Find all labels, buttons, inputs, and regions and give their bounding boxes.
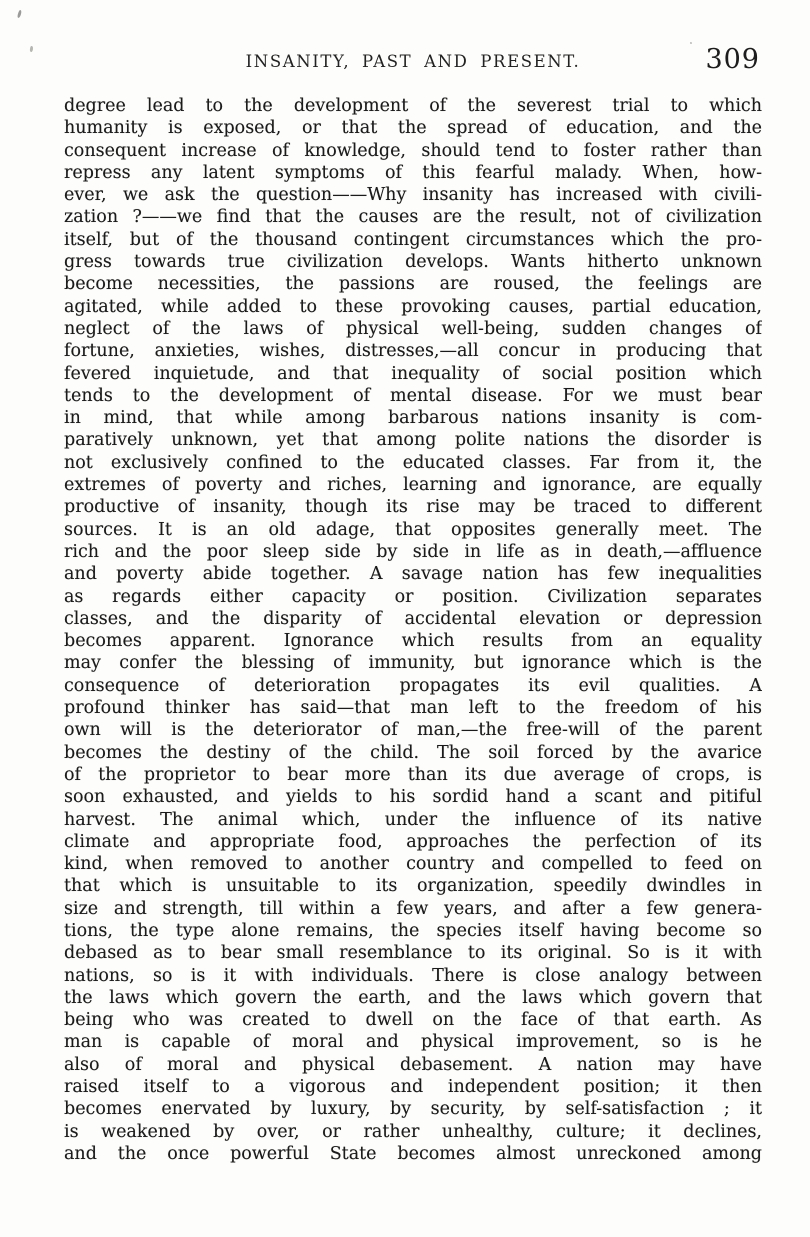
text-line: raised itself to a vigorous and independ… (64, 1076, 762, 1098)
page-number: 309 (705, 44, 760, 75)
text-line: degree lead to the development of the se… (64, 95, 762, 117)
text-line: becomes apparent. Ignorance which result… (64, 630, 762, 652)
text-line: also of moral and physical debasement. A… (64, 1054, 762, 1076)
text-line: zation ?——we find that the causes are th… (64, 206, 762, 228)
text-line: that which is unsuitable to its organiza… (64, 875, 762, 897)
text-line: fortune, anxieties, wishes, distresses,—… (64, 340, 762, 362)
text-line: productive of insanity, though its rise … (64, 496, 762, 518)
text-line: in mind, that while among barbarous nati… (64, 407, 762, 429)
page-header: INSANITY, PAST AND PRESENT. 309 (0, 44, 810, 74)
text-line: being who was created to dwell on the fa… (64, 1009, 762, 1031)
text-line: becomes the destiny of the child. The so… (64, 742, 762, 764)
text-line: paratively unknown, yet that among polit… (64, 429, 762, 451)
text-line: as regards either capacity or position. … (64, 586, 762, 608)
text-line: neglect of the laws of physical well-bei… (64, 318, 762, 340)
text-line: classes, and the disparity of accidental… (64, 608, 762, 630)
text-line: sources. It is an old adage, that opposi… (64, 519, 762, 541)
text-line: fevered inquietude, and that inequality … (64, 363, 762, 385)
text-line: soon exhausted, and yields to his sordid… (64, 786, 762, 808)
text-line: tions, the type alone remains, the speci… (64, 920, 762, 942)
text-line: consequent increase of knowledge, should… (64, 140, 762, 162)
text-line: is weakened by over, or rather unhealthy… (64, 1121, 762, 1143)
text-line: climate and appropriate food, approaches… (64, 831, 762, 853)
text-line: itself, but of the thousand contingent c… (64, 229, 762, 251)
book-page: INSANITY, PAST AND PRESENT. 309 degree l… (0, 0, 810, 1237)
text-line: and the once powerful State becomes almo… (64, 1143, 762, 1165)
text-line: profound thinker has said—that man left … (64, 697, 762, 719)
text-line: not exclusively confined to the educated… (64, 452, 762, 474)
text-line: and poverty abide together. A savage nat… (64, 563, 762, 585)
text-line: own will is the deteriorator of man,—the… (64, 719, 762, 741)
text-line: kind, when removed to another country an… (64, 853, 762, 875)
text-line: humanity is exposed, or that the spread … (64, 117, 762, 139)
text-line: agitated, while added to these provoking… (64, 296, 762, 318)
text-line: repress any latent symptoms of this fear… (64, 162, 762, 184)
text-line: extremes of poverty and riches, learning… (64, 474, 762, 496)
text-line: become necessities, the passions are rou… (64, 273, 762, 295)
text-line: size and strength, till within a few yea… (64, 898, 762, 920)
text-line: the laws which govern the earth, and the… (64, 987, 762, 1009)
text-line: gress towards true civilization develops… (64, 251, 762, 273)
text-line: tends to the development of mental disea… (64, 385, 762, 407)
text-line: harvest. The animal which, under the inf… (64, 809, 762, 831)
text-line: ever, we ask the question——Why insanity … (64, 184, 762, 206)
scan-speck (17, 10, 22, 19)
text-line: may confer the blessing of immunity, but… (64, 652, 762, 674)
text-line: nations, so is it with individuals. Ther… (64, 965, 762, 987)
text-line: consequence of deterioration propagates … (64, 675, 762, 697)
text-line: of the proprietor to bear more than its … (64, 764, 762, 786)
text-line: becomes enervated by luxury, by security… (64, 1098, 762, 1120)
running-title: INSANITY, PAST AND PRESENT. (64, 52, 762, 71)
text-line: debased as to bear small resemblance to … (64, 942, 762, 964)
text-line: man is capable of moral and physical imp… (64, 1031, 762, 1053)
text-line: rich and the poor sleep side by side in … (64, 541, 762, 563)
body-text: degree lead to the development of the se… (64, 95, 762, 1165)
